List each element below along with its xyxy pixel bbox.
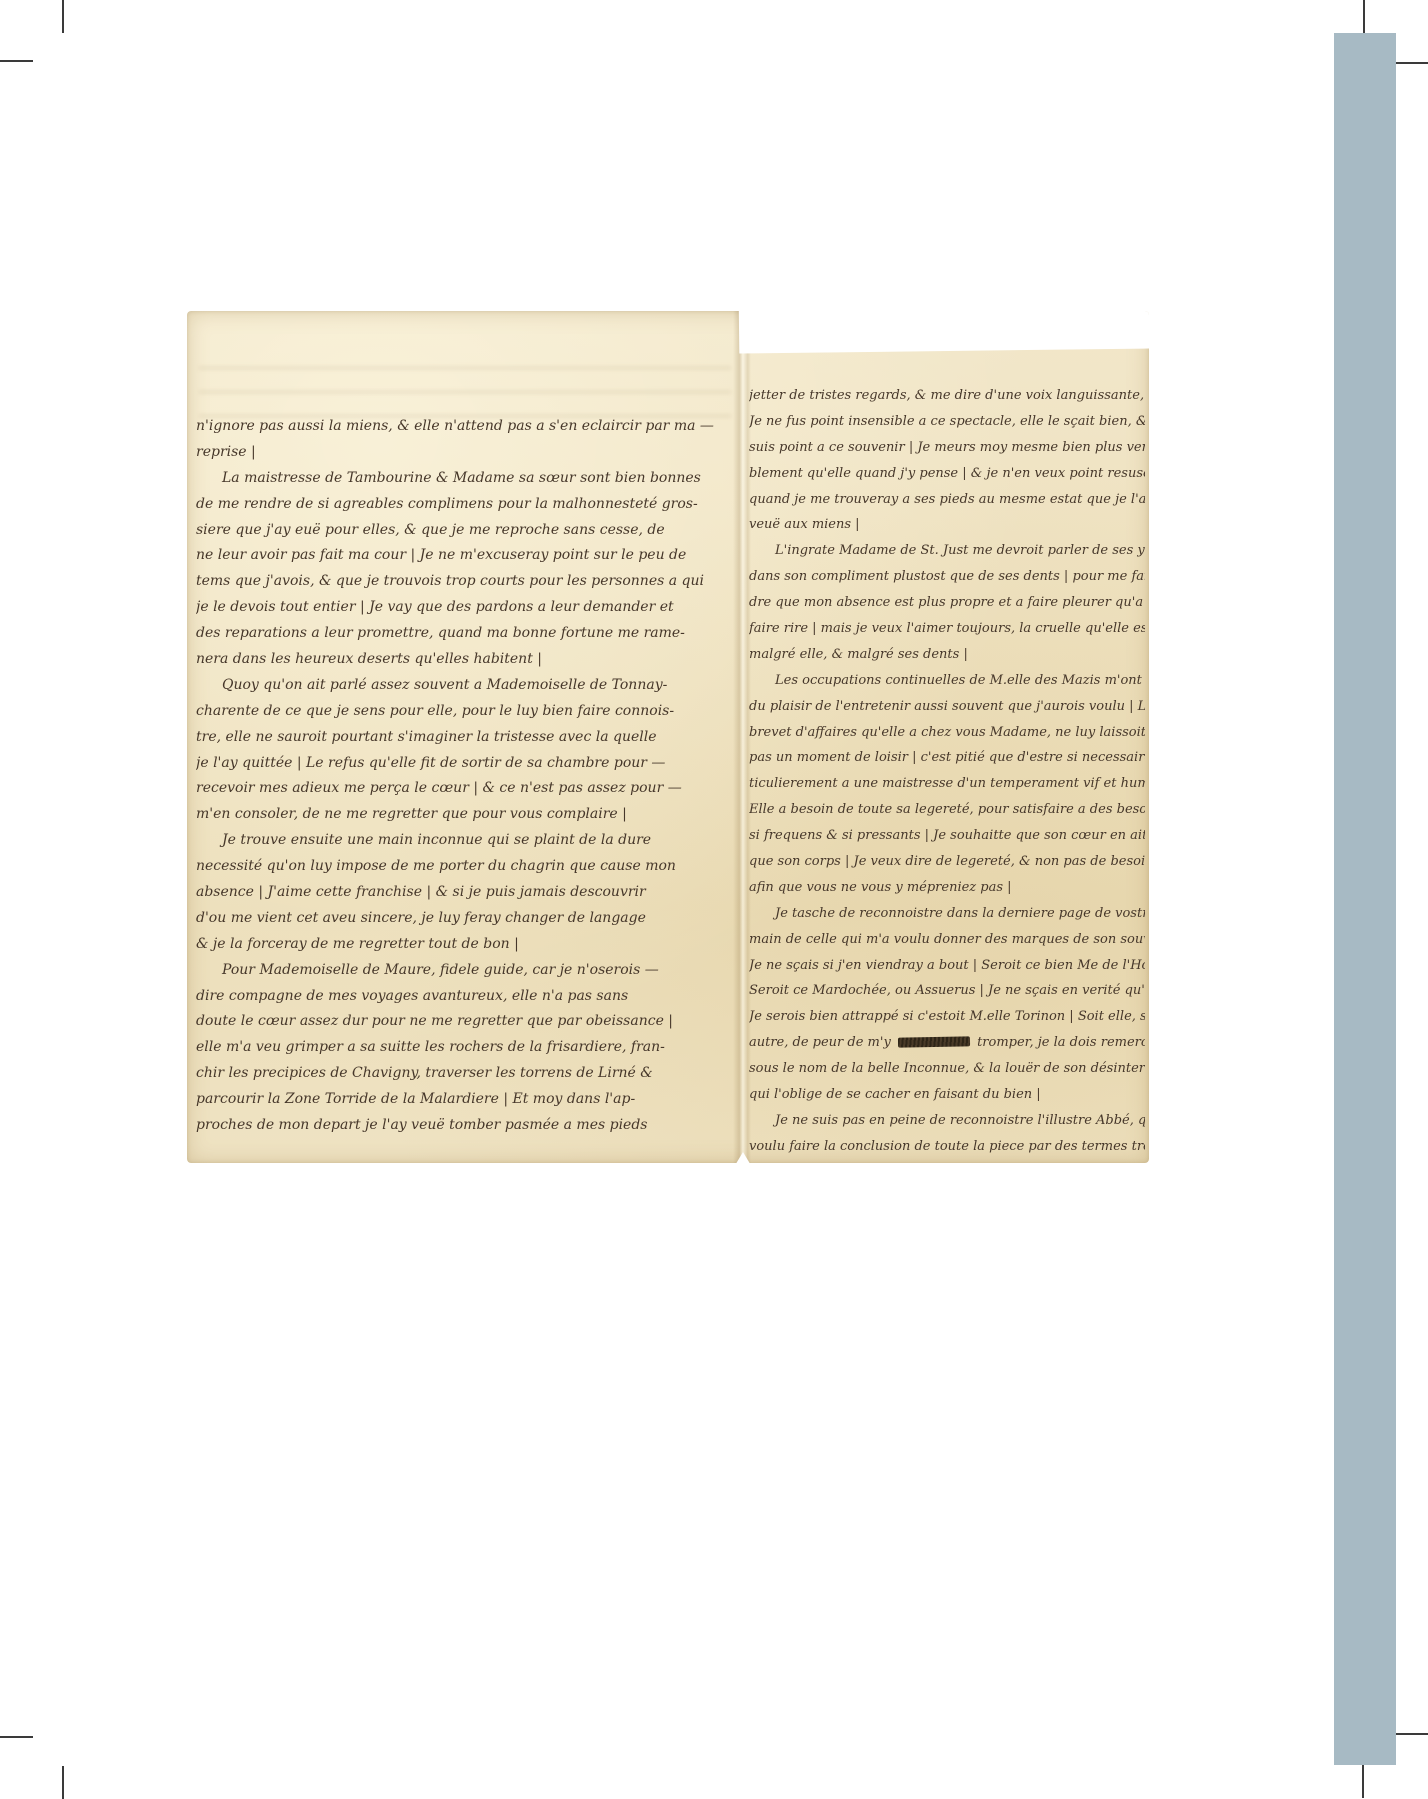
manuscript-line: de me rendre de si agreables complimens … <box>196 492 737 518</box>
manuscript-line: veuë aux miens | <box>749 512 1145 538</box>
manuscript-line: La maistresse de Tambourine & Madame sa … <box>196 466 737 492</box>
manuscript-line: Je serois bien attrappé si c'estoit M.el… <box>749 1004 1145 1030</box>
manuscript-right-page: jetter de tristes regards, & me dire d'u… <box>743 311 1149 1163</box>
manuscript-line: Je ne suis pas en peine de reconnoistre … <box>749 1108 1145 1134</box>
manuscript-line: pas un moment de loisir | c'est pitié qu… <box>749 745 1145 771</box>
manuscript-line: m'en consoler, de ne me regretter que po… <box>196 802 737 828</box>
manuscript-line: blement qu'elle quand j'y pense | & je n… <box>749 461 1145 487</box>
manuscript-line: n'ignore pas aussi la miens, & elle n'at… <box>196 414 737 440</box>
manuscript-line: charente de ce que je sens pour elle, po… <box>196 699 737 725</box>
manuscript-line: Quoy qu'on ait parlé assez souvent a Mad… <box>196 673 737 699</box>
manuscript-line: Je trouve ensuite une main inconnue qui … <box>196 828 737 854</box>
manuscript-line: main de celle qui m'a voulu donner des m… <box>749 927 1145 953</box>
crop-mark-top-left-horizontal <box>0 60 33 62</box>
manuscript-left-page: n'ignore pas aussi la miens, & elle n'at… <box>187 311 743 1163</box>
manuscript-line: malgré elle, & malgré ses dents | <box>749 642 1145 668</box>
scan-edge-notch-bottom <box>734 1152 752 1163</box>
crop-mark-top-right-vertical <box>1363 0 1365 33</box>
manuscript-line: absence | J'aime cette franchise | & si … <box>196 880 737 906</box>
manuscript-line: L'ingrate Madame de St. Just me devroit … <box>749 538 1145 564</box>
crop-mark-top-left-vertical <box>62 0 64 33</box>
crop-mark-bottom-right-vertical <box>1362 1765 1364 1798</box>
page-canvas: n'ignore pas aussi la miens, & elle n'at… <box>0 0 1428 1799</box>
manuscript-line: parcourir la Zone Torride de la Malardie… <box>196 1087 737 1113</box>
manuscript-line: tre, elle ne sauroit pourtant s'imaginer… <box>196 725 737 751</box>
manuscript-line: des reparations a leur promettre, quand … <box>196 621 737 647</box>
manuscript-line: Seroit ce Mardochée, ou Assuerus | Je ne… <box>749 978 1145 1004</box>
manuscript-line: quand je me trouveray a ses pieds au mes… <box>749 487 1145 513</box>
manuscript-line: autre, de peur de m'y tromper, je la doi… <box>749 1030 1145 1056</box>
scan-edge-notch-top <box>739 311 1149 354</box>
manuscript-line: reprise | <box>196 440 737 466</box>
manuscript-line: proches de mon depart je l'ay veuë tombe… <box>196 1113 737 1139</box>
manuscript-line: voulu faire la conclusion de toute la pi… <box>749 1134 1145 1160</box>
manuscript-line: Je tasche de reconnoistre dans la dernie… <box>749 901 1145 927</box>
manuscript-line: Pour Mademoiselle de Maure, fidele guide… <box>196 958 737 984</box>
manuscript-line: je l'ay quittée | Le refus qu'elle fit d… <box>196 751 737 777</box>
manuscript-line: nera dans les heureux deserts qu'elles h… <box>196 647 737 673</box>
manuscript-line: Les occupations continuelles de M.elle d… <box>749 668 1145 694</box>
manuscript-line: Je ne sçais si j'en viendray a bout | Se… <box>749 953 1145 979</box>
manuscript-line: dans son compliment plustost que de ses … <box>749 564 1145 590</box>
manuscript-line: je le devois tout entier | Je vay que de… <box>196 595 737 621</box>
manuscript-line: afin que vous ne vous y mépreniez pas | <box>749 875 1145 901</box>
manuscript-scan: n'ignore pas aussi la miens, & elle n'at… <box>187 311 1149 1163</box>
manuscript-line: si frequens & si pressants | Je souhaitt… <box>749 823 1145 849</box>
manuscript-line: tems que j'avois, & que je trouvois trop… <box>196 569 737 595</box>
manuscript-line: qui l'oblige de se cacher en faisant du … <box>749 1082 1145 1108</box>
manuscript-line: que son corps | Je veux dire de legereté… <box>749 849 1145 875</box>
manuscript-line: doute le cœur assez dur pour ne me regre… <box>196 1009 737 1035</box>
manuscript-line: elle m'a veu grimper a sa suitte les roc… <box>196 1035 737 1061</box>
manuscript-line: ticulierement a une maistresse d'un temp… <box>749 771 1145 797</box>
manuscript-line: dre que mon absence est plus propre et a… <box>749 590 1145 616</box>
manuscript-line: & je la forceray de me regretter tout de… <box>196 932 737 958</box>
manuscript-line: recevoir mes adieux me perça le cœur | &… <box>196 776 737 802</box>
manuscript-line: suis point a ce souvenir | Je meurs moy … <box>749 435 1145 461</box>
crop-mark-bottom-left-horizontal <box>0 1736 33 1738</box>
scribbled-out-word <box>898 1037 970 1048</box>
manuscript-line: jetter de tristes regards, & me dire d'u… <box>749 383 1145 409</box>
manuscript-line: sous le nom de la belle Inconnue, & la l… <box>749 1056 1145 1082</box>
manuscript-line: brevet d'affaires qu'elle a chez vous Ma… <box>749 720 1145 746</box>
manuscript-line: dire compagne de mes voyages avantureux,… <box>196 984 737 1010</box>
decorative-side-bar <box>1334 33 1396 1765</box>
manuscript-line: du plaisir de l'entretenir aussi souvent… <box>749 694 1145 720</box>
manuscript-line: d'ou me vient cet aveu sincere, je luy f… <box>196 906 737 932</box>
crop-mark-bottom-right-horizontal <box>1395 1733 1428 1735</box>
manuscript-line: ne leur avoir pas fait ma cour | Je ne m… <box>196 543 737 569</box>
manuscript-line: faire rire | mais je veux l'aimer toujou… <box>749 616 1145 642</box>
crop-mark-top-right-horizontal <box>1395 62 1428 64</box>
manuscript-line: necessité qu'on luy impose de me porter … <box>196 854 737 880</box>
manuscript-line: siere que j'ay euë pour elles, & que je … <box>196 518 737 544</box>
manuscript-line: Elle a besoin de toute sa legereté, pour… <box>749 797 1145 823</box>
manuscript-line: Je ne fus point insensible a ce spectacl… <box>749 409 1145 435</box>
manuscript-line: chir les precipices de Chavigny, travers… <box>196 1061 737 1087</box>
crop-mark-bottom-left-vertical <box>62 1766 64 1799</box>
